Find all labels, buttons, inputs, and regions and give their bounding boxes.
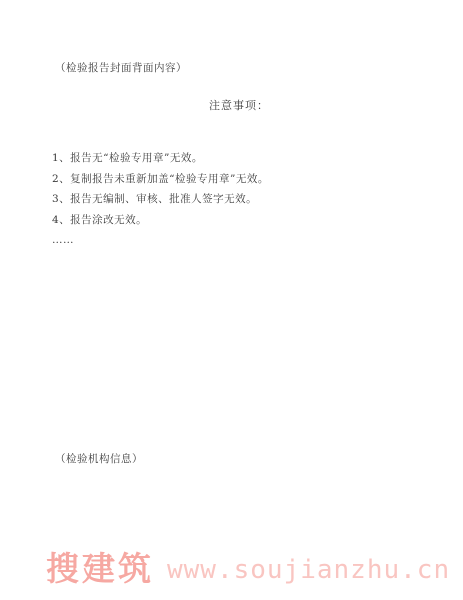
notice-item: 3、报告无编制、审核、批准人签字无效。 <box>52 189 269 210</box>
notice-item: 1、报告无“检验专用章”无效。 <box>52 148 269 169</box>
notice-item: 4、报告涂改无效。 <box>52 210 269 231</box>
notice-ellipsis: …… <box>52 230 269 251</box>
cover-back-label: （检验报告封面背面内容） <box>55 60 187 75</box>
watermark-url: www.soujianzhu.cn <box>167 556 450 585</box>
notice-section-title: 注意事项： <box>209 97 269 113</box>
notice-list: 1、报告无“检验专用章”无效。 2、复制报告未重新加盖“检验专用章”无效。 3、… <box>52 148 269 251</box>
site-watermark: 搜建筑 www.soujianzhu.cn <box>46 551 450 587</box>
notice-item: 2、复制报告未重新加盖“检验专用章”无效。 <box>52 169 269 190</box>
document-page: （检验报告封面背面内容） 注意事项： 1、报告无“检验专用章”无效。 2、复制报… <box>0 0 463 600</box>
watermark-brand: 搜建筑 <box>46 551 154 587</box>
agency-info-label: （检验机构信息） <box>55 451 143 466</box>
